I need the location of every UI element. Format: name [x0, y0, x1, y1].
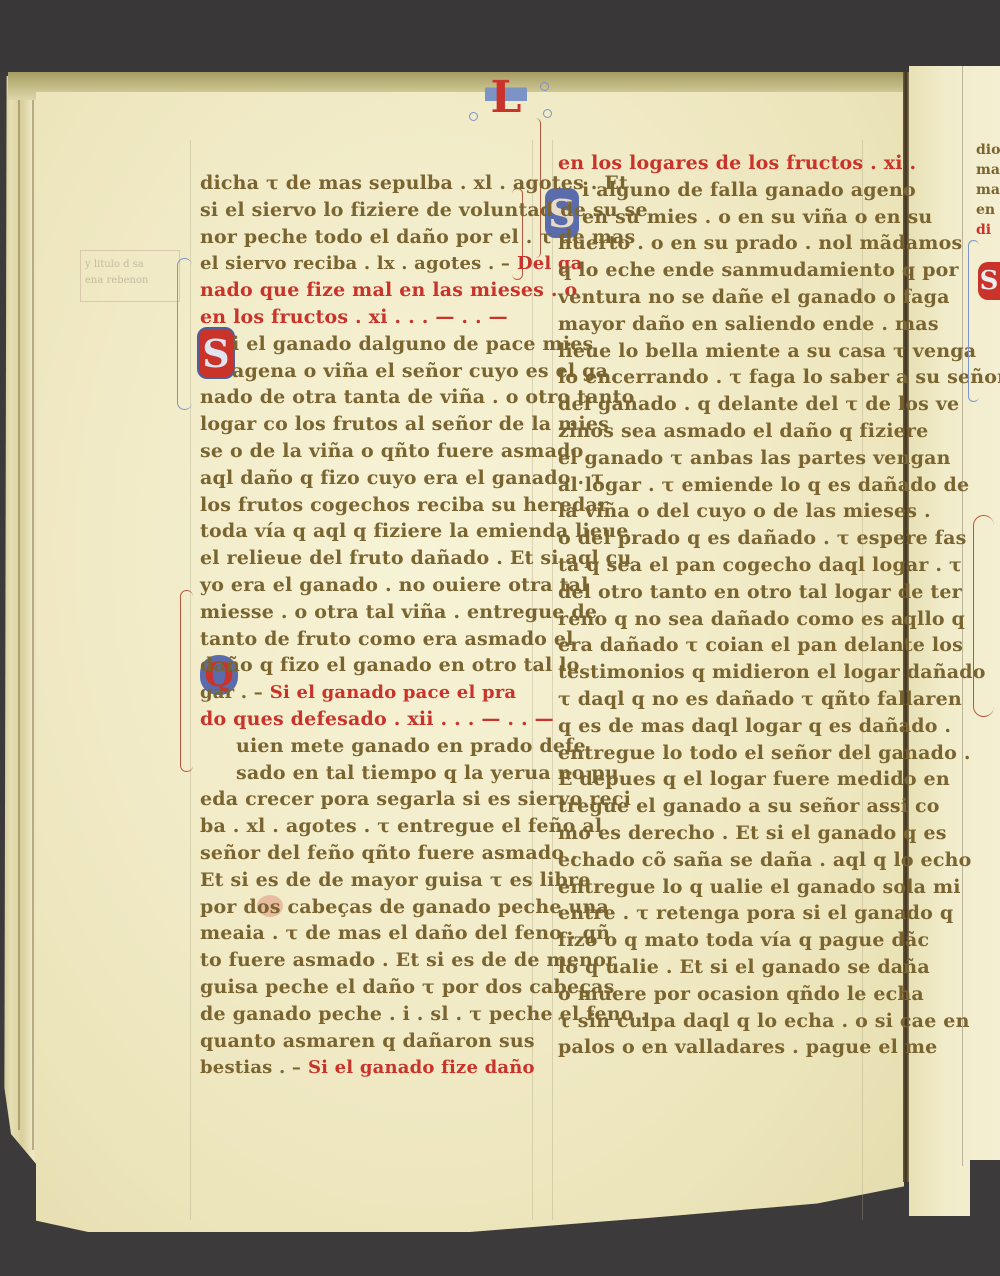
text-line: gar . – Si el ganado pace el pra: [200, 679, 530, 706]
rubric-line: nado que fize mal en las mieses . o: [200, 277, 530, 304]
text-line: la viña o del cuyo o de las mieses .: [558, 498, 868, 525]
text-segment: gar . –: [200, 682, 263, 703]
text-line: ma: [976, 160, 1000, 180]
text-line: si el siervo lo fiziere de voluntad de s…: [200, 197, 530, 224]
text-line: entregue lo todo el señor del ganado .: [558, 740, 868, 767]
decorative-dot-icon: [469, 112, 478, 121]
text-line: agena o viña el señor cuyo es el ga: [200, 358, 530, 385]
text-line: ma: [976, 180, 1000, 200]
text-line: nor peche todo el daño por el . τ de mas: [200, 224, 530, 251]
background-top: [0, 0, 1000, 72]
margin-note-line: ena rebenon: [85, 273, 175, 289]
text-line: lieue lo bella miente a su casa τ venga: [558, 338, 868, 365]
rubric: Si el ganado fize daño: [308, 1057, 535, 1078]
text-line: el relieue del fruto dañado . Et si aql …: [200, 545, 530, 572]
text-line: τ daql q no es dañado τ qñto fallaren: [558, 686, 868, 713]
pen-flourish: [177, 258, 192, 410]
margin-note-line: y litulo d sa: [85, 257, 175, 273]
text-line: en su mies . o en su viña o en su: [558, 204, 868, 231]
text-line: sado en tal tiempo q la yerua no pu: [200, 760, 530, 787]
text-line: eda crecer pora segarla si es siervo rec…: [200, 786, 530, 813]
text-line: mayor daño en saliendo ende . mas: [558, 311, 868, 338]
text-line: dio: [976, 140, 1000, 160]
text-column-left: dicha τ de mas sepulba . xl . agotes . E…: [200, 170, 530, 1081]
text-line: de ganado peche . i . sl . τ peche el fe…: [200, 1001, 530, 1028]
text-line: entregue lo q ualie el ganado sola mi: [558, 874, 868, 901]
text-line: echado cõ saña se daña . aql q lo echo: [558, 847, 868, 874]
text-line: toda vía q aql q fiziere la emienda lieu…: [200, 518, 530, 545]
text-line: el ganado τ anbas las partes vengan: [558, 445, 868, 472]
text-line: por dos cabeças de ganado peche una: [200, 894, 530, 921]
text-line: al logar . τ emiende lo q es dañado de: [558, 472, 868, 499]
ruling-line: [552, 140, 553, 1220]
text-line: lo encerrando . τ faga lo saber a su señ…: [558, 364, 868, 391]
text-line: en: [976, 200, 1000, 220]
text-line: guisa peche el daño τ por dos cabeças: [200, 974, 530, 1001]
text-line: lo q ualie . Et si el ganado se daña: [558, 954, 868, 981]
text-line: nado de otra tanta de viña . o otro tant…: [200, 384, 530, 411]
text-line: se o de la viña o qñto fuere asmado: [200, 438, 530, 465]
leaf-edge: [32, 90, 34, 1150]
text-line: o muere por ocasion qñdo le echa: [558, 981, 868, 1008]
text-line: palos o en valladares . pague el me: [558, 1034, 868, 1061]
text-line: q es de mas daql logar q es dañado .: [558, 713, 868, 740]
text-line: reno q no sea dañado como es aqllo q: [558, 606, 868, 633]
text-line: ventura no se dañe el ganado o faga: [558, 284, 868, 311]
text-line: τ sin culpa daql q lo echa . o si cae en: [558, 1008, 868, 1035]
header-initial-L: L: [485, 78, 527, 116]
text-line: bestias . – Si el ganado fize daño: [200, 1054, 530, 1081]
text-line: ta q sea el pan cogecho daql logar . τ: [558, 552, 868, 579]
pen-flourish: [973, 515, 994, 717]
decorated-initial-S: S: [978, 262, 1000, 300]
recto-text-fragment: dio ma ma en di: [976, 140, 1000, 240]
text-line: los frutos cogechos reciba su heredar: [200, 492, 530, 519]
text-line: to fuere asmado . Et si es de de menor: [200, 947, 530, 974]
text-line: el siervo reciba . lx . agotes . – Del g…: [200, 250, 530, 277]
background-corner: [970, 1160, 1000, 1276]
text-line: del otro tanto en otro tal logar de ter: [558, 579, 868, 606]
text-segment: el siervo reciba . lx . agotes . –: [200, 253, 510, 274]
text-line: huerto . o en su prado . nol mãdamos: [558, 230, 868, 257]
text-line: testimonios q midieron el logar dañado: [558, 659, 868, 686]
text-line: q lo eche ende sanmudamiento q por: [558, 257, 868, 284]
text-segment: bestias . –: [200, 1057, 301, 1078]
text-line: quanto asmaren q dañaron sus: [200, 1028, 530, 1055]
text-column-right: en los logares de los fructos . xi . i a…: [558, 150, 868, 1061]
text-line: zinos sea asmado el daño q fiziere: [558, 418, 868, 445]
text-line: o del prado q es dañado . τ espere fas: [558, 525, 868, 552]
text-line: miesse . o otra tal viña . entregue de: [200, 599, 530, 626]
text-line: E depues q el logar fuere medido en: [558, 766, 868, 793]
text-line: meaia . τ de mas el daño del feno . qñ: [200, 920, 530, 947]
text-line: aql daño q fizo cuyo era el ganado . τ: [200, 465, 530, 492]
text-line: daño q fizo el ganado en otro tal lo: [200, 652, 530, 679]
margin-note: y litulo d sa ena rebenon: [80, 250, 180, 302]
text-line: uien mete ganado en prado defe: [200, 733, 530, 760]
rubric-line: en los logares de los fructos . xi .: [558, 150, 868, 177]
leaf-edge: [18, 90, 20, 1130]
text-line: era dañado τ coian el pan delante los: [558, 632, 868, 659]
text-line: yo era el ganado . no ouiere otra tal: [200, 572, 530, 599]
decorative-dot-icon: [543, 109, 552, 118]
text-line: tregue el ganado a su señor assi co: [558, 793, 868, 820]
decorative-dot-icon: [540, 82, 549, 91]
text-line: logar co los frutos al señor de la mies: [200, 411, 530, 438]
text-line: i el ganado dalguno de pace mies: [200, 331, 530, 358]
text-line: mo es derecho . Et si el ganado q es: [558, 820, 868, 847]
rubric-line: di: [976, 220, 1000, 240]
text-line: dicha τ de mas sepulba . xl . agotes . E…: [200, 170, 530, 197]
text-line: señor del feño qñto fuere asmado .: [200, 840, 530, 867]
text-line: tanto de fruto como era asmado el: [200, 626, 530, 653]
rubric: Si el ganado pace el pra: [270, 682, 517, 703]
text-line: del ganado . q delante del τ de los ve: [558, 391, 868, 418]
rubric-line: do ques defesado . xii . . . — . . —: [200, 706, 530, 733]
text-line: fizo o q mato toda vía q pague dãc: [558, 927, 868, 954]
pen-flourish: [180, 590, 193, 772]
rubric-line: en los fructos . xi . . . — . . —: [200, 304, 530, 331]
text-line: entre . τ retenga pora si el ganado q: [558, 900, 868, 927]
pen-flourish: [968, 240, 979, 402]
text-line: Et si es de de mayor guisa τ es libre: [200, 867, 530, 894]
text-line: i alguno de falla ganado ageno: [558, 177, 868, 204]
text-line: ba . xl . agotes . τ entregue el feño al: [200, 813, 530, 840]
